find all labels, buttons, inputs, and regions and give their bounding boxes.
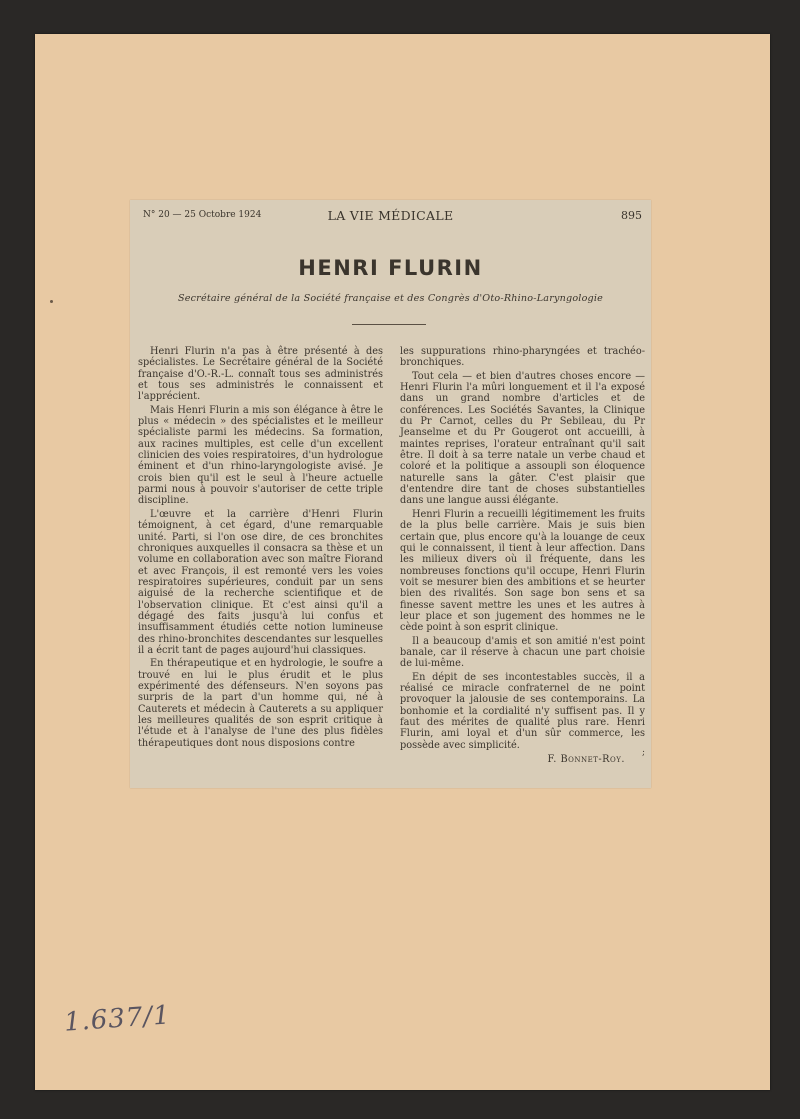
page-number: 895 [621,209,642,222]
paper-speck [50,300,53,303]
paragraph: Mais Henri Flurin a mis son élégance à ê… [138,405,383,507]
paragraph: Henri Flurin a recueilli légitimement le… [400,509,645,634]
paragraph: L'œuvre et la carrière d'Henri Flurin té… [138,509,383,656]
handwritten-inventory-number: 1.637/1 [63,1000,172,1037]
title-rule [352,324,426,325]
mounting-board: N° 20 — 25 Octobre 1924 LA VIE MÉDICALE … [35,34,770,1090]
running-head: N° 20 — 25 Octobre 1924 LA VIE MÉDICALE … [130,208,651,224]
paragraph: Tout cela — et bien d'autres choses enco… [400,371,645,507]
margin-mark: ; [642,748,645,758]
paragraph: En dépit de ses incontestables succès, i… [400,672,645,751]
paragraph: En thérapeutique et en hydrologie, le so… [138,658,383,749]
paragraph-continued: les suppurations rhino-pharyngées et tra… [400,346,645,369]
article-title: HENRI FLURIN [130,256,651,280]
paragraph: Henri Flurin n'a pas à être présenté à d… [138,346,383,403]
left-column: Henri Flurin n'a pas à être présenté à d… [138,346,383,749]
journal-name: LA VIE MÉDICALE [130,208,651,223]
paragraph: Il a beaucoup d'amis et son amitié n'est… [400,636,645,670]
newspaper-clipping: N° 20 — 25 Octobre 1924 LA VIE MÉDICALE … [130,200,651,788]
article-subtitle: Secrétaire général de la Société françai… [130,293,651,304]
author-signature: F. Bonnet-Roy. [400,754,645,765]
right-column: les suppurations rhino-pharyngées et tra… [400,346,645,765]
